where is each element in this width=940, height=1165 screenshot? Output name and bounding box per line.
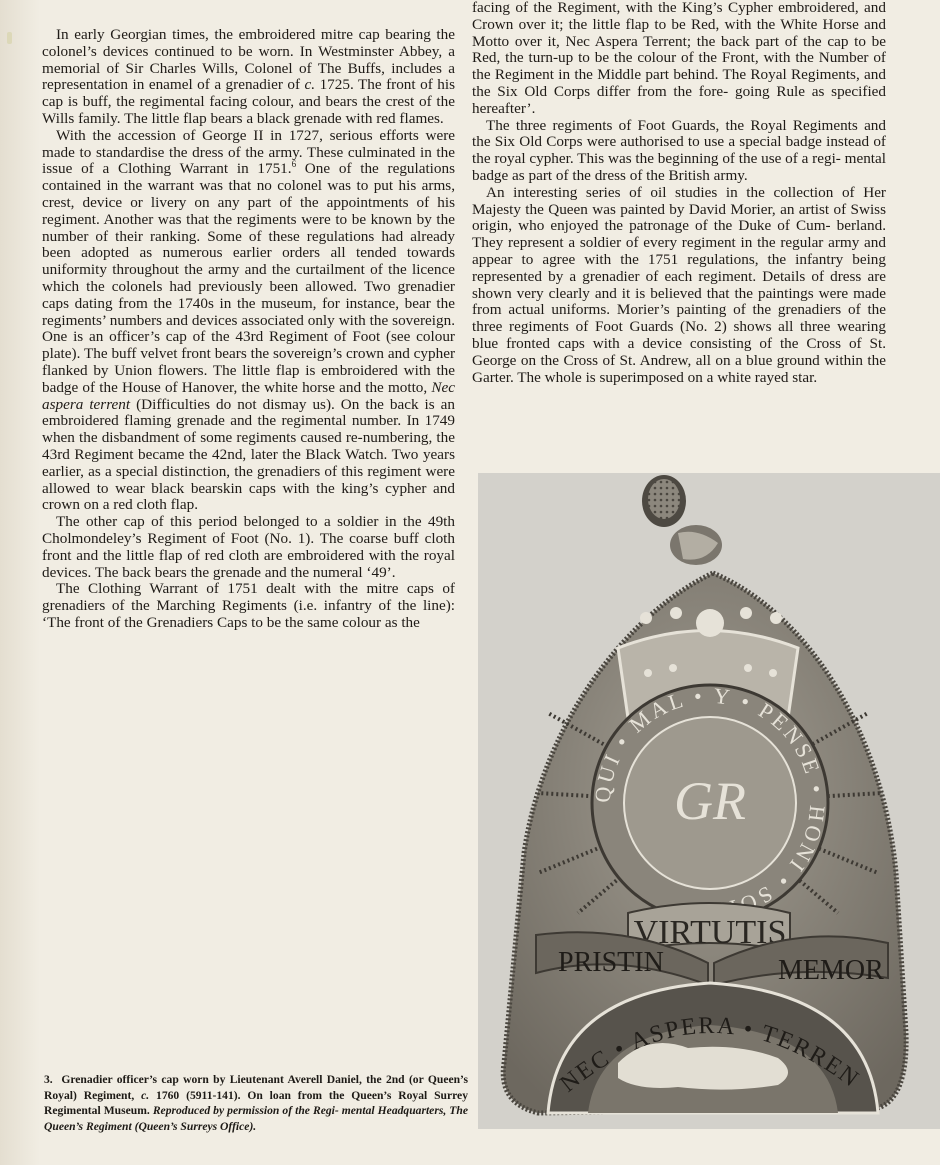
left-text-column: In early Georgian times, the embroidered…: [42, 27, 455, 632]
grenadier-cap-photograph: QUI • MAL • Y • PENSE • HONI • SOIT GR V…: [478, 473, 940, 1129]
ribbon-pristin: PRISTIN: [558, 947, 664, 978]
figure-number: 3.: [44, 1073, 53, 1086]
garter-medallion: QUI • MAL • Y • PENSE • HONI • SOIT GR: [590, 683, 831, 924]
paragraph-text: (Difficulties do not dismay us). On the …: [42, 396, 455, 514]
royal-cypher: GR: [674, 771, 746, 831]
paragraph-49th-cap: The other cap of this period belonged to…: [42, 514, 455, 581]
paragraph-clothing-warrant: The Clothing Warrant of 1751 dealt with …: [42, 581, 455, 631]
margin-mark: [7, 32, 12, 44]
paragraph-wills-memorial: In early Georgian times, the embroidered…: [42, 27, 455, 128]
right-text-column: facing of the Regiment, with the King’s …: [472, 0, 886, 386]
paragraph-warrant-quote-continued: facing of the Regiment, with the King’s …: [472, 0, 886, 118]
mitre-cap-illustration: QUI • MAL • Y • PENSE • HONI • SOIT GR V…: [478, 473, 940, 1129]
paragraph-morier-studies: An interesting series of oil studies in …: [472, 185, 886, 387]
circa-italic: c.: [141, 1089, 149, 1102]
paragraph-text: One of the regulations contained in the …: [42, 160, 455, 395]
paragraph-foot-guards-badge: The three regiments of Foot Guards, the …: [472, 118, 886, 185]
circa-italic: c.: [305, 76, 316, 93]
paragraph-george-ii: With the accession of George II in 1727,…: [42, 128, 455, 514]
figure-caption: 3. Grenadier officer’s cap worn by Lieut…: [44, 1072, 468, 1134]
page-gutter-shadow: [0, 0, 40, 1165]
ribbon-memor: MEMOR: [778, 955, 884, 986]
